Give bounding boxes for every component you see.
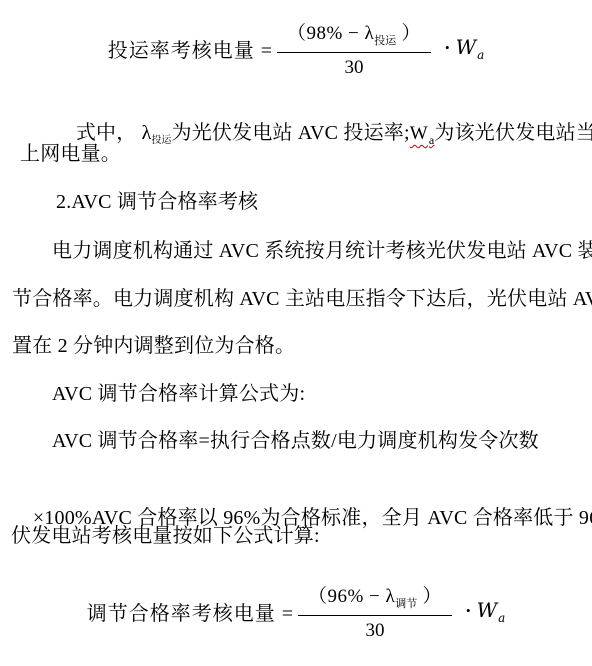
- w-letter: W: [410, 123, 428, 144]
- formula-regulation-rate[interactable]: 调节合格率考核电量 = （96% − λ调节 ） 30 • Wa: [0, 574, 592, 648]
- document-page: 投运率考核电量 = （98% − λ投运 ） 30 • Wa 式中， λ投运为光…: [0, 0, 592, 666]
- para4-line1[interactable]: AVC 调节合格率=执行合格点数/电力调度机构发令次数: [52, 428, 539, 455]
- w-letter: W: [477, 598, 498, 622]
- w-letter: W: [456, 35, 477, 59]
- fraction-denominator: 30: [298, 615, 452, 642]
- para1-line1[interactable]: 式中， λ投运为光伏发电站 AVC 投运率;Wa为该光伏发电站当月: [55, 93, 592, 181]
- multiplication-dot: •: [466, 603, 471, 619]
- formula-lhs: 调节合格率考核电量 =: [87, 597, 294, 626]
- heading-avc-pass-rate[interactable]: 2.AVC 调节合格率考核: [56, 189, 258, 216]
- numerator-text: （98% − λ: [287, 23, 374, 44]
- lambda-subscript: 投运: [374, 35, 396, 47]
- numerator-close-paren: ）: [417, 586, 442, 607]
- fraction: （98% − λ投运 ） 30: [277, 18, 431, 79]
- numerator-close-paren: ）: [396, 23, 421, 44]
- text-segment: 为光伏发电站 AVC 投运率;: [172, 122, 410, 144]
- w-subscript: a: [498, 611, 505, 625]
- para3-line1[interactable]: AVC 调节合格率计算公式为:: [52, 381, 305, 408]
- w-variable: Wa: [477, 598, 506, 625]
- w-variable-spellchecked: Wa: [410, 122, 435, 144]
- w-variable: Wa: [456, 35, 485, 62]
- lambda-subscript: 投运: [152, 135, 172, 146]
- numerator-text: （96% − λ: [308, 586, 395, 607]
- para1-line2[interactable]: 上网电量。: [20, 141, 121, 168]
- text-segment: 为该光伏发电站当月: [434, 122, 592, 144]
- lambda-subscript: 调节: [395, 598, 417, 610]
- para2-line3[interactable]: 置在 2 分钟内调整到位为合格。: [12, 333, 295, 360]
- fraction-numerator: （96% − λ调节 ）: [298, 581, 452, 615]
- fraction: （96% − λ调节 ） 30: [298, 581, 452, 642]
- formula-lhs: 投运率考核电量 =: [108, 34, 273, 63]
- fraction-denominator: 30: [277, 52, 431, 79]
- formula-commissioning-rate[interactable]: 投运率考核电量 = （98% − λ投运 ） 30 • Wa: [0, 11, 592, 85]
- para2-line2[interactable]: 节合格率。电力调度机构 AVC 主站电压指令下达后，光伏电站 AVC 装: [12, 286, 592, 313]
- para4-line3[interactable]: 伏发电站考核电量按如下公式计算:: [11, 523, 320, 550]
- multiplication-dot: •: [445, 40, 450, 56]
- w-subscript: a: [477, 48, 484, 62]
- para2-line1[interactable]: 电力调度机构通过 AVC 系统按月统计考核光伏发电站 AVC 装置调: [52, 238, 592, 265]
- fraction-numerator: （98% − λ投运 ）: [277, 18, 431, 52]
